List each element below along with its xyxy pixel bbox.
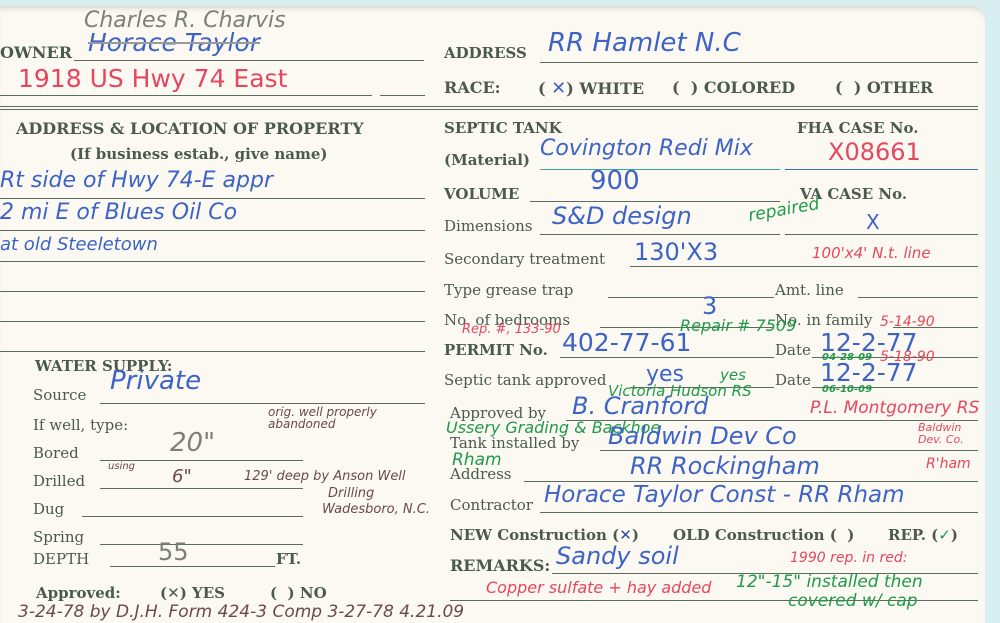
rule (785, 234, 978, 235)
drilled-label: Drilled (33, 472, 85, 490)
race-colored-label: COLORED (704, 78, 795, 97)
secondary-value: 130'X3 (634, 238, 718, 266)
rule (0, 261, 425, 262)
race-white-label: WHITE (579, 79, 644, 98)
water-approved-yes-checkbox[interactable]: (✕) YES (160, 584, 225, 602)
property-heading: ADDRESS & LOCATION OF PROPERTY (16, 119, 364, 138)
rule (0, 230, 425, 231)
approved-by-red: P.L. Montgomery RS (810, 398, 979, 418)
depth-unit: FT. (276, 550, 301, 568)
approved-date-green: 06-10-09 (822, 384, 872, 395)
address-red: R'ham (926, 456, 971, 472)
rule (540, 169, 780, 170)
grease-trap-label: Type grease trap (444, 281, 573, 299)
septic-heading: SEPTIC TANK (444, 119, 562, 137)
rule (540, 234, 780, 235)
drilled-note-3: Wadesboro, N.C. (322, 502, 430, 517)
property-subheading: (If business estab., give name) (70, 145, 327, 163)
repaired-note: repaired (747, 194, 821, 226)
owner-name: Horace Taylor (88, 28, 260, 57)
rule (540, 62, 978, 63)
rule (600, 450, 978, 451)
dimensions-label: Dimensions (444, 217, 532, 235)
contractor-value: Horace Taylor Const - RR Rham (544, 482, 905, 508)
installed-by-red: Baldwin Dev. Co. (918, 422, 978, 446)
permit-label: PERMIT No. (444, 341, 548, 359)
approved-by-value: B. Cranford (572, 392, 709, 420)
drilled-note-2: Drilling (328, 486, 374, 501)
address-label: ADDRESS (444, 44, 527, 62)
permit-date-label: Date (775, 341, 811, 359)
rule (0, 321, 425, 322)
race-colored-checkbox[interactable]: ( ) COLORED (672, 78, 795, 97)
bored-value: 20" (170, 428, 215, 458)
rule (0, 351, 425, 352)
installer-address-value: RR Rockingham (630, 452, 820, 480)
fha-label: FHA CASE No. (797, 119, 918, 137)
drilled-using: using (108, 461, 135, 472)
rule (100, 488, 303, 489)
rule (785, 169, 978, 170)
material-value: Covington Redi Mix (540, 136, 753, 161)
volume-value: 900 (590, 166, 640, 196)
rule (110, 566, 275, 567)
remarks-red-1: 1990 rep. in red: (790, 550, 907, 566)
approved-date-value: 12-2-77 (820, 358, 918, 387)
race-white-checkbox[interactable]: ( ✕) WHITE (538, 78, 644, 99)
remarks-red-2: Copper sulfate + hay added (486, 578, 711, 597)
remarks-label: REMARKS: (450, 556, 550, 575)
owner-line (74, 60, 424, 61)
property-line-3: at old Steeletown (0, 234, 158, 255)
rep-checkbox[interactable]: REP. (✓) (888, 526, 958, 544)
remarks-green-1: 12"-15" installed then (736, 572, 923, 592)
permit-repair-red: Rep. #, 133-90 (462, 322, 561, 337)
remarks-green-2: covered w/ cap (788, 591, 918, 611)
water-yes-label: YES (192, 584, 225, 602)
owner-street-address: 1918 US Hwy 74 East (18, 64, 287, 93)
address-value: RR Hamlet N.C (548, 28, 741, 58)
rule (0, 95, 372, 96)
water-approved-no-checkbox[interactable]: ( ) NO (270, 584, 327, 602)
permit-value: 402-77-61 (562, 328, 691, 357)
water-approved-label: Approved: (36, 584, 121, 602)
property-line-1: Rt side of Hwy 74-E appr (0, 168, 273, 193)
rule (100, 544, 303, 545)
permit-repair-green: Repair # 7509 (680, 316, 796, 335)
bored-label: Bored (33, 444, 79, 462)
race-other-checkbox[interactable]: ( ) OTHER (835, 78, 933, 97)
septic-permit-card: Charles R. Charvis OWNER Horace Taylor 1… (0, 6, 985, 623)
rule (0, 291, 425, 292)
rule (858, 297, 978, 298)
rule (540, 512, 978, 513)
well-type-note: orig. well properly abandoned (268, 406, 408, 430)
secondary-repair-value: 100'x4' N.t. line (812, 244, 931, 262)
race-other-label: OTHER (867, 78, 933, 97)
owner-label: OWNER (0, 43, 72, 62)
rule (82, 516, 303, 517)
rule (380, 95, 425, 96)
fha-case-value: X08661 (828, 138, 921, 166)
spring-label: Spring (33, 528, 84, 546)
depth-label: DEPTH (33, 550, 89, 568)
approved-date-label: Date (775, 371, 811, 389)
rule-double (432, 106, 978, 110)
septic-approved-label: Septic tank approved (444, 371, 607, 389)
amt-line-label: Amt. line (775, 281, 844, 299)
secondary-label: Secondary treatment (444, 250, 605, 268)
contractor-label: Contractor (450, 496, 533, 514)
drilled-value: 6" (172, 466, 192, 487)
rule (100, 403, 425, 404)
footer-note: 3-24-78 by D.J.H. Form 424-3 Comp 3-27-7… (18, 602, 464, 622)
installed-by-value: Baldwin Dev Co (608, 422, 797, 450)
water-no-label: NO (300, 584, 327, 602)
rule-double (0, 106, 432, 110)
rule (0, 198, 425, 199)
race-label: RACE: (444, 78, 501, 97)
rule (560, 357, 774, 358)
property-line-2: 2 mi E of Blues Oil Co (0, 200, 237, 225)
dimensions-value: S&D design (552, 202, 692, 230)
va-case-value: X (866, 210, 880, 234)
well-type-label: If well, type: (33, 416, 128, 434)
rep-label: REP. (888, 526, 926, 544)
dug-label: Dug (33, 500, 64, 518)
source-value: Private (110, 366, 201, 396)
depth-value: 55 (158, 538, 189, 566)
source-label: Source (33, 386, 86, 404)
rule (630, 266, 978, 267)
remarks-blue: Sandy soil (556, 542, 679, 570)
old-construction-checkbox[interactable]: OLD Construction ( ) (673, 526, 854, 544)
old-construction-label: OLD Construction (673, 526, 825, 544)
volume-label: VOLUME (444, 185, 519, 203)
rule (608, 297, 774, 298)
drilled-note-1: 129' deep by Anson Well (244, 469, 406, 484)
installer-address-label: Address (450, 465, 511, 483)
material-label: (Material) (444, 151, 530, 169)
